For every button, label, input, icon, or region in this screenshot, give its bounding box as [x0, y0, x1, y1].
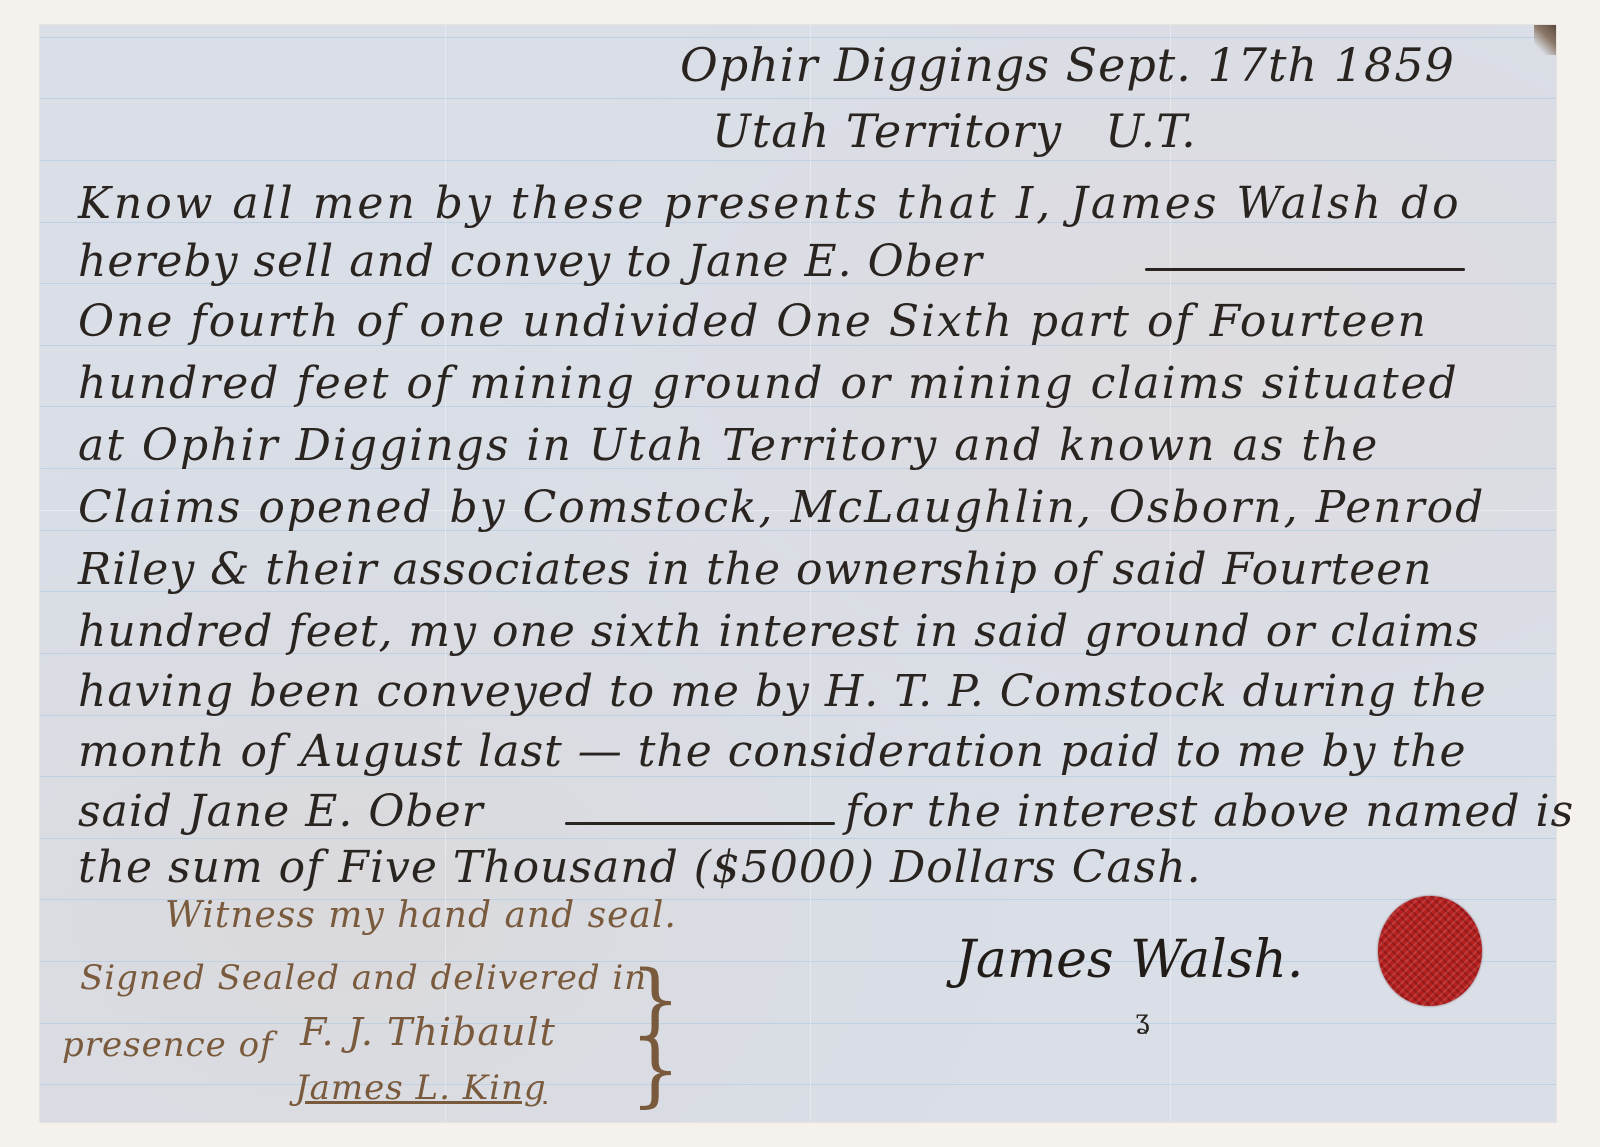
body-line-8: hundred feet, my one sixth interest in s… [78, 606, 1480, 657]
body-line-3: One fourth of one undivided One Sixth pa… [78, 296, 1428, 347]
body-line-10: month of August last — the consideration… [78, 726, 1467, 777]
body-line-11b: for the interest above named is [845, 786, 1574, 837]
signed-sealed-text: Signed Sealed and delivered in [80, 958, 647, 998]
wax-seal [1378, 896, 1482, 1006]
body-line-6: Claims opened by Comstock, McLaughlin, O… [78, 482, 1485, 533]
attestation-text: Witness my hand and seal. [165, 895, 677, 936]
signature-james-walsh: James Walsh. [955, 930, 1303, 990]
body-line-12: the sum of Five Thousand ($5000) Dollars… [78, 842, 1202, 893]
territory-abbrev: U.T. [1105, 104, 1197, 158]
line-filler-flourish [565, 822, 835, 825]
ruled-line [40, 838, 1556, 839]
ruled-line [40, 160, 1556, 161]
signature-mark: ʓ [1135, 1005, 1150, 1035]
place-date-line: Ophir Diggings Sept. 17th 1859 [680, 38, 1455, 92]
body-line-9: having been conveyed to me by H. T. P. C… [78, 666, 1487, 717]
bracket-flourish-icon: } [630, 1030, 681, 1110]
ruled-line [40, 1023, 1556, 1024]
witness-name-2: James L. King [295, 1068, 547, 1108]
ruled-line [40, 1084, 1556, 1085]
body-line-4: hundred feet of mining ground or mining … [78, 358, 1459, 409]
presence-label: presence of [62, 1025, 274, 1065]
body-line-5: at Ophir Diggings in Utah Territory and … [78, 420, 1379, 471]
body-line-2: hereby sell and convey to Jane E. Ober [78, 236, 983, 287]
body-line-11a: said Jane E. Ober [78, 786, 484, 837]
ruled-line [40, 98, 1556, 99]
body-line-7: Riley & their associates in the ownershi… [78, 544, 1433, 595]
territory-line: Utah Territory [712, 104, 1062, 158]
witness-name-1: F. J. Thibault [300, 1010, 556, 1054]
body-line-1: Know all men by these presents that I, J… [78, 178, 1462, 229]
line-filler-flourish [1145, 268, 1465, 271]
corner-stain [1534, 25, 1556, 55]
